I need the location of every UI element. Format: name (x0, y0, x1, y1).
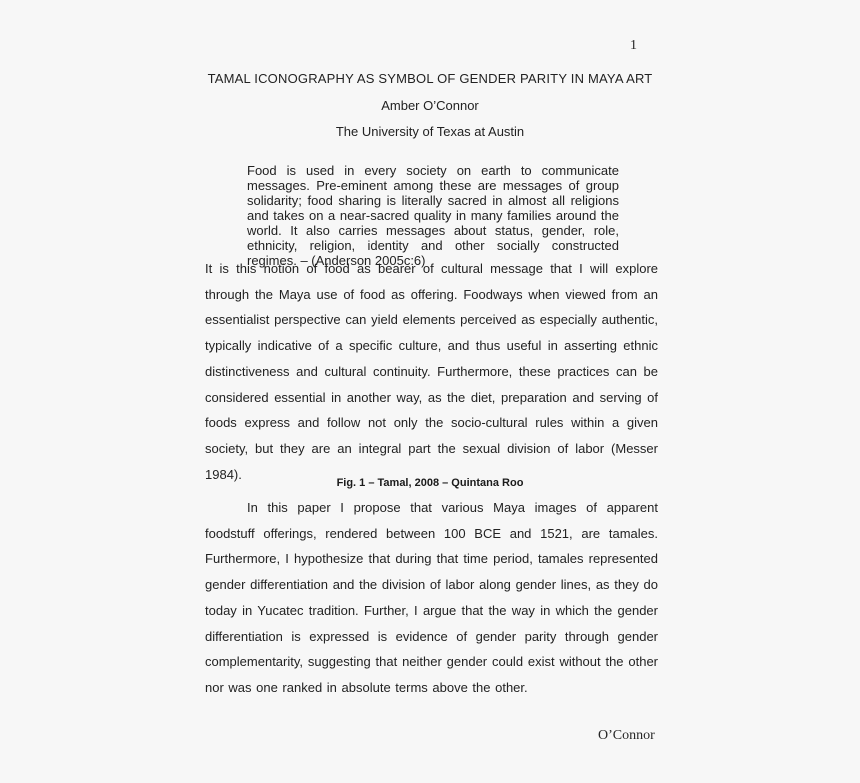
body-paragraph-2: In this paper I propose that various May… (205, 495, 658, 701)
document-page: 1 TAMAL ICONOGRAPHY AS SYMBOL OF GENDER … (0, 0, 860, 783)
paper-title: TAMAL ICONOGRAPHY AS SYMBOL OF GENDER PA… (0, 71, 860, 86)
figure-caption: Fig. 1 – Tamal, 2008 – Quintana Roo (0, 477, 860, 489)
author-name: Amber O’Connor (0, 98, 860, 113)
institution-name: The University of Texas at Austin (0, 124, 860, 139)
page-number: 1 (630, 38, 637, 54)
running-footer: O’Connor (598, 728, 655, 744)
epigraph-block-quote: Food is used in every society on earth t… (247, 163, 619, 268)
body-paragraph-1: It is this notion of food as bearer of c… (205, 256, 658, 487)
